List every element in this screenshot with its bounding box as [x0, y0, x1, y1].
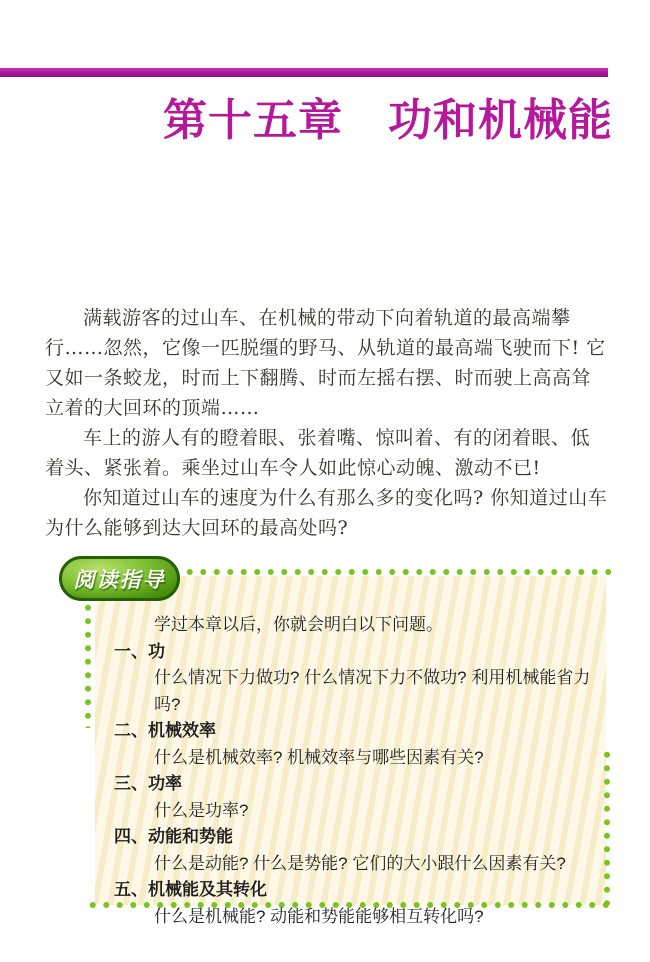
- textbook-page: 第十五章 功和机械能 满载游客的过山车、在机械的带动下向着轨道的最高端攀行……忽…: [0, 0, 650, 962]
- guide-item-work: 一、功 什么情况下力做功? 什么情况下力不做功? 利用机械能省力吗?: [114, 639, 594, 719]
- dotted-border-left: [84, 601, 92, 728]
- intro-paragraph-1: 满载游客的过山车、在机械的带动下向着轨道的最高端攀行……忽然，它像一匹脱缰的野马…: [45, 303, 608, 423]
- intro-text: 满载游客的过山车、在机械的带动下向着轨道的最高端攀行……忽然，它像一匹脱缰的野马…: [45, 303, 608, 543]
- intro-paragraph-3: 你知道过山车的速度为什么有那么多的变化吗? 你知道过山车为什么能够到达大回环的最…: [45, 483, 608, 543]
- guide-item-question: 什么是动能? 什么是势能? 它们的大小跟什么因素有关?: [114, 851, 594, 878]
- guide-item-heading: 二、机械效率: [114, 718, 594, 745]
- guide-item-mechanical-energy-conversion: 五、机械能及其转化 什么是机械能? 动能和势能能够相互转化吗?: [114, 877, 594, 930]
- guide-item-mechanical-efficiency: 二、机械效率 什么是机械效率? 机械效率与哪些因素有关?: [114, 718, 594, 771]
- dotted-border-top: [183, 568, 611, 576]
- guide-item-heading: 五、机械能及其转化: [114, 877, 594, 904]
- guide-item-heading: 三、功率: [114, 771, 594, 798]
- guide-item-question: 什么是机械效率? 机械效率与哪些因素有关?: [114, 745, 594, 772]
- dotted-border-right: [603, 748, 611, 905]
- guide-item-question: 什么是功率?: [114, 798, 594, 825]
- reading-guide-content: 学过本章以后，你就会明白以下问题。 一、功 什么情况下力做功? 什么情况下力不做…: [114, 612, 594, 930]
- guide-item-question: 什么是机械能? 动能和势能能够相互转化吗?: [114, 904, 594, 931]
- guide-item-question: 什么情况下力做功? 什么情况下力不做功? 利用机械能省力吗?: [114, 665, 594, 718]
- guide-item-heading: 四、动能和势能: [114, 824, 594, 851]
- intro-paragraph-2: 车上的游人有的瞪着眼、张着嘴、惊叫着、有的闭着眼、低着头、紧张着。乘坐过山车令人…: [45, 423, 608, 483]
- guide-item-kinetic-potential-energy: 四、动能和势能 什么是动能? 什么是势能? 它们的大小跟什么因素有关?: [114, 824, 594, 877]
- guide-item-power: 三、功率 什么是功率?: [114, 771, 594, 824]
- chapter-title: 第十五章 功和机械能: [163, 84, 613, 148]
- guide-item-heading: 一、功: [114, 639, 594, 666]
- chapter-divider-bar: [0, 68, 608, 77]
- reading-guide-badge: 阅读指导: [59, 556, 180, 601]
- reading-guide-intro-line: 学过本章以后，你就会明白以下问题。: [114, 612, 594, 639]
- reading-guide-badge-label: 阅读指导: [74, 564, 166, 594]
